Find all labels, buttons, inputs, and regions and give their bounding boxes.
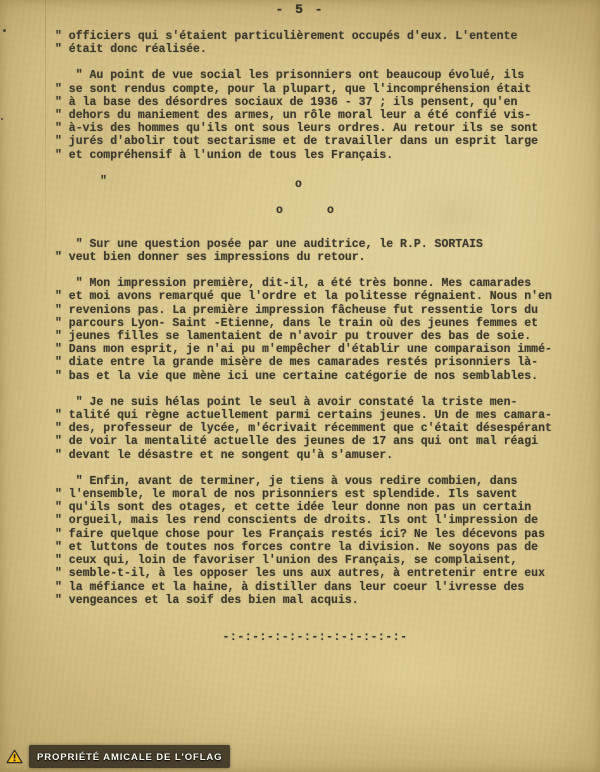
paper-speck [1,118,3,120]
text-line: " à la base des désordres sociaux de 193… [55,96,575,109]
separator-quote-mark: " [100,175,107,188]
text-line: " l'ensemble, le moral de nos prisonnier… [55,488,575,501]
paragraph: " Je ne suis hélas point le seul à avoir… [55,396,575,462]
separator-dot: o [276,204,283,217]
text-line: " ceux qui, loin de favoriser l'union de… [55,554,575,567]
text-line: " Mon impression première, dit-il, a été… [55,277,575,290]
page-number: - 5 - [0,2,600,17]
text-line: " et luttons de toutes nos forces contre… [55,541,575,554]
text-line: " dehors du maniement des armes, un rôle… [55,109,575,122]
text-line: " talité qui règne actuellement parmi ce… [55,409,575,422]
paragraph: " Sur une question posée par une auditri… [55,238,575,264]
watermark-text: PROPRIÉTÉ AMICALE DE L'OFLAG [37,752,222,763]
warning-triangle-icon [6,749,23,764]
paragraph: " Au point de vue social les prisonniers… [55,69,575,161]
scanned-document-page: - 5 - " officiers qui s'étaient particul… [0,0,600,772]
paragraph: " officiers qui s'étaient particulièreme… [55,30,575,56]
text-line: " semble-t-il, à les opposer les uns aux… [55,567,575,580]
document-body: " officiers qui s'étaient particulièreme… [55,30,575,644]
text-line: " Dans mon esprit, je n'ai pu m'empêcher… [55,343,575,356]
text-line: " Au point de vue social les prisonniers… [55,69,575,82]
text-line: " et compréhensif à l'union de tous les … [55,149,575,162]
ownership-watermark: PROPRIÉTÉ AMICALE DE L'OFLAG [6,745,230,768]
text-line: " veut bien donner ses impressions du re… [55,251,575,264]
text-line: " Enfin, avant de terminer, je tiens à v… [55,475,575,488]
paper-crease [45,0,46,420]
text-line: " vengeances et la soif des bien mal acq… [55,594,575,607]
text-line: " orgueil, mais les rend conscients de d… [55,514,575,527]
paragraph: " Enfin, avant de terminer, je tiens à v… [55,475,575,607]
text-line: " jurés d'abolir tout sectarisme et de t… [55,135,575,148]
text-line: " qu'ils sont des otages, et cette idée … [55,501,575,514]
end-of-text-divider: -:-:-:-:-:-:-:-:-:-:-:-:- [55,631,575,644]
text-line: " officiers qui s'étaient particulièreme… [55,30,575,43]
paper-speck [3,29,6,32]
text-line: " diate entre la grande misère de mes ca… [55,356,575,369]
text-line: " de voir la mentalité actuelle des jeun… [55,435,575,448]
text-line: " jeunes filles se lamentaient de n'avoi… [55,330,575,343]
text-line: " devant le désastre et ne songent qu'à … [55,449,575,462]
text-line: " Je ne suis hélas point le seul à avoir… [55,396,575,409]
text-line: " Sur une question posée par une auditri… [55,238,575,251]
text-line: " et moi avons remarqué que l'ordre et l… [55,290,575,303]
text-line: " revenions pas. La première impression … [55,304,575,317]
doc-section-2: " Sur une question posée par une auditri… [55,238,575,607]
separator-dot: o [327,204,334,217]
text-line: " était donc réalisée. [55,43,575,56]
text-line: " des, professeur de lycée, m'écrivait r… [55,422,575,435]
watermark-bar: PROPRIÉTÉ AMICALE DE L'OFLAG [29,745,230,768]
text-line: " faire quelque chose pour les Français … [55,528,575,541]
section-separator: " o o o [55,175,575,227]
text-line: " se sont rendus compte, pour la plupart… [55,83,575,96]
text-line: " parcours Lyon- Saint -Etienne, dans le… [55,317,575,330]
text-line: " la méfiance et la haine, à distiller d… [55,581,575,594]
separator-dot: o [295,178,302,191]
text-line: " bas et la vie que mène ici une certain… [55,370,575,383]
text-line: " à-vis des hommes qu'ils ont sous leurs… [55,122,575,135]
doc-section-1: " officiers qui s'étaient particulièreme… [55,30,575,162]
paragraph: " Mon impression première, dit-il, a été… [55,277,575,383]
